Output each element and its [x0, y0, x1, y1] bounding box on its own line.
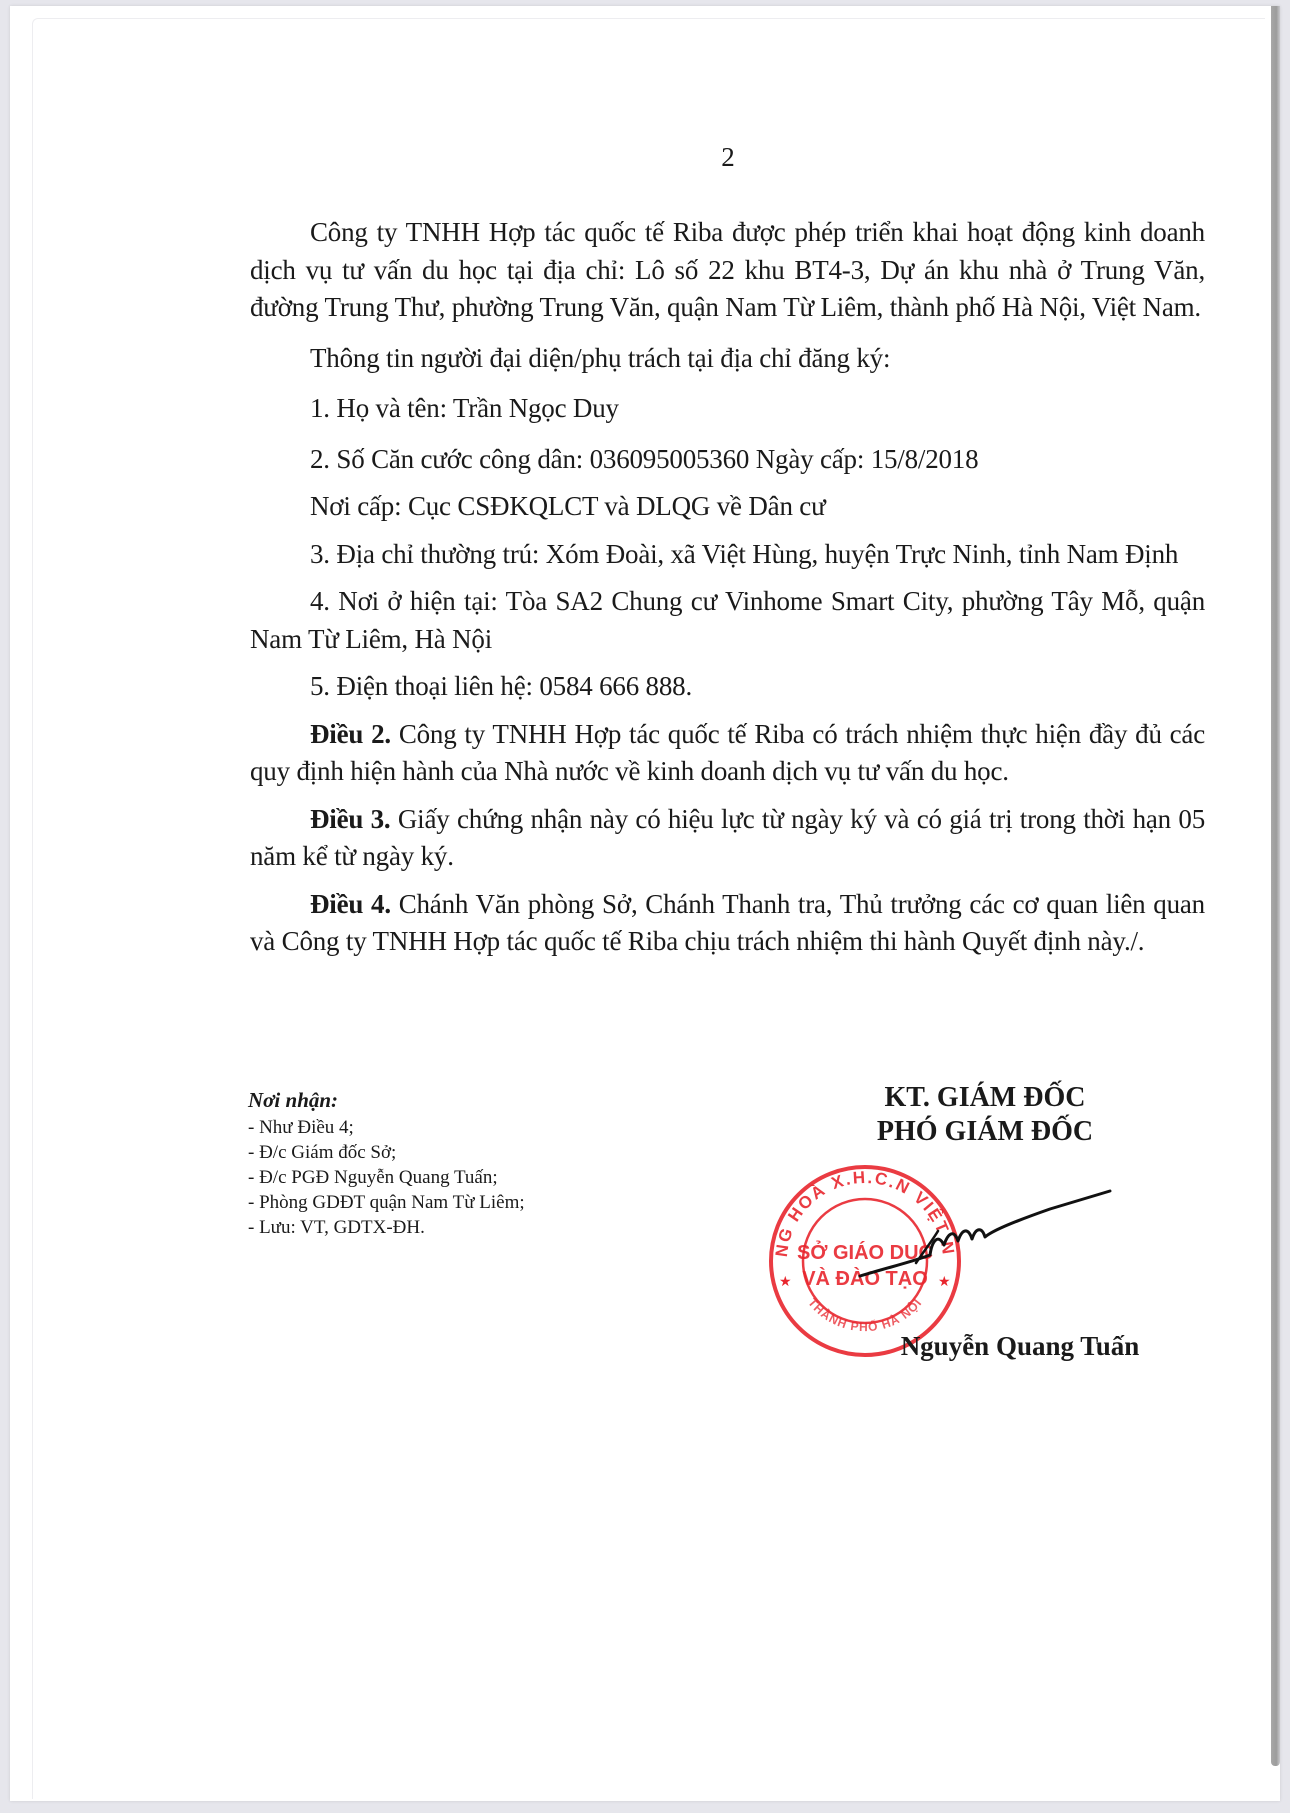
article-3: Điều 3. Giấy chứng nhận này có hiệu lực … [250, 801, 1205, 876]
article-2-label: Điều 2. [310, 719, 391, 749]
paragraph-id-number: 2. Số Căn cước công dân: 036095005360 Ng… [250, 441, 1205, 479]
signer-name: Nguyễn Quang Tuấn [800, 1331, 1170, 1362]
document-body: Công ty TNHH Hợp tác quốc tế Riba được p… [250, 214, 1205, 961]
article-2: Điều 2. Công ty TNHH Hợp tác quốc tế Rib… [250, 716, 1205, 791]
article-3-label: Điều 3. [310, 804, 390, 834]
article-4: Điều 4. Chánh Văn phòng Sở, Chánh Thanh … [250, 886, 1205, 961]
paragraph-issued-by: Nơi cấp: Cục CSĐKQLCT và DLQG về Dân cư [250, 488, 1205, 526]
document-page: 2 Công ty TNHH Hợp tác quốc tế Riba được… [10, 6, 1280, 1801]
recipients-title: Nơi nhận: [248, 1088, 525, 1113]
signature-block: KT. GIÁM ĐỐC PHÓ GIÁM ĐỐC CỘNG HOÀ X.H.C… [800, 1081, 1170, 1149]
signature-role-line2: PHÓ GIÁM ĐỐC [800, 1115, 1170, 1149]
paragraph-full-name: 1. Họ và tên: Trần Ngọc Duy [250, 390, 1205, 428]
page-number: 2 [10, 142, 1290, 173]
signature-role-line1: KT. GIÁM ĐỐC [800, 1081, 1170, 1115]
svg-text:★: ★ [779, 1274, 792, 1290]
paragraph-representative-info: Thông tin người đại diện/phụ trách tại đ… [250, 340, 1205, 378]
paragraph-phone: 5. Điện thoại liên hệ: 0584 666 888. [250, 668, 1205, 706]
recipient-item: - Như Điều 4; [248, 1115, 525, 1140]
recipient-item: - Lưu: VT, GDTX-ĐH. [248, 1215, 525, 1240]
paragraph-permanent-address: 3. Địa chỉ thường trú: Xóm Đoài, xã Việt… [250, 536, 1205, 574]
page-edge-shadow [1271, 6, 1280, 1766]
article-4-label: Điều 4. [310, 889, 391, 919]
recipient-item: - Đ/c Giám đốc Sở; [248, 1140, 525, 1165]
paragraph-address: Công ty TNHH Hợp tác quốc tế Riba được p… [250, 214, 1205, 327]
recipient-item: - Đ/c PGĐ Nguyễn Quang Tuấn; [248, 1165, 525, 1190]
paragraph-current-address: 4. Nơi ở hiện tại: Tòa SA2 Chung cư Vinh… [250, 583, 1205, 658]
handwritten-signature-icon [820, 1171, 1120, 1311]
recipients-block: Nơi nhận: - Như Điều 4; - Đ/c Giám đốc S… [248, 1088, 525, 1240]
recipient-item: - Phòng GDĐT quận Nam Từ Liêm; [248, 1190, 525, 1215]
